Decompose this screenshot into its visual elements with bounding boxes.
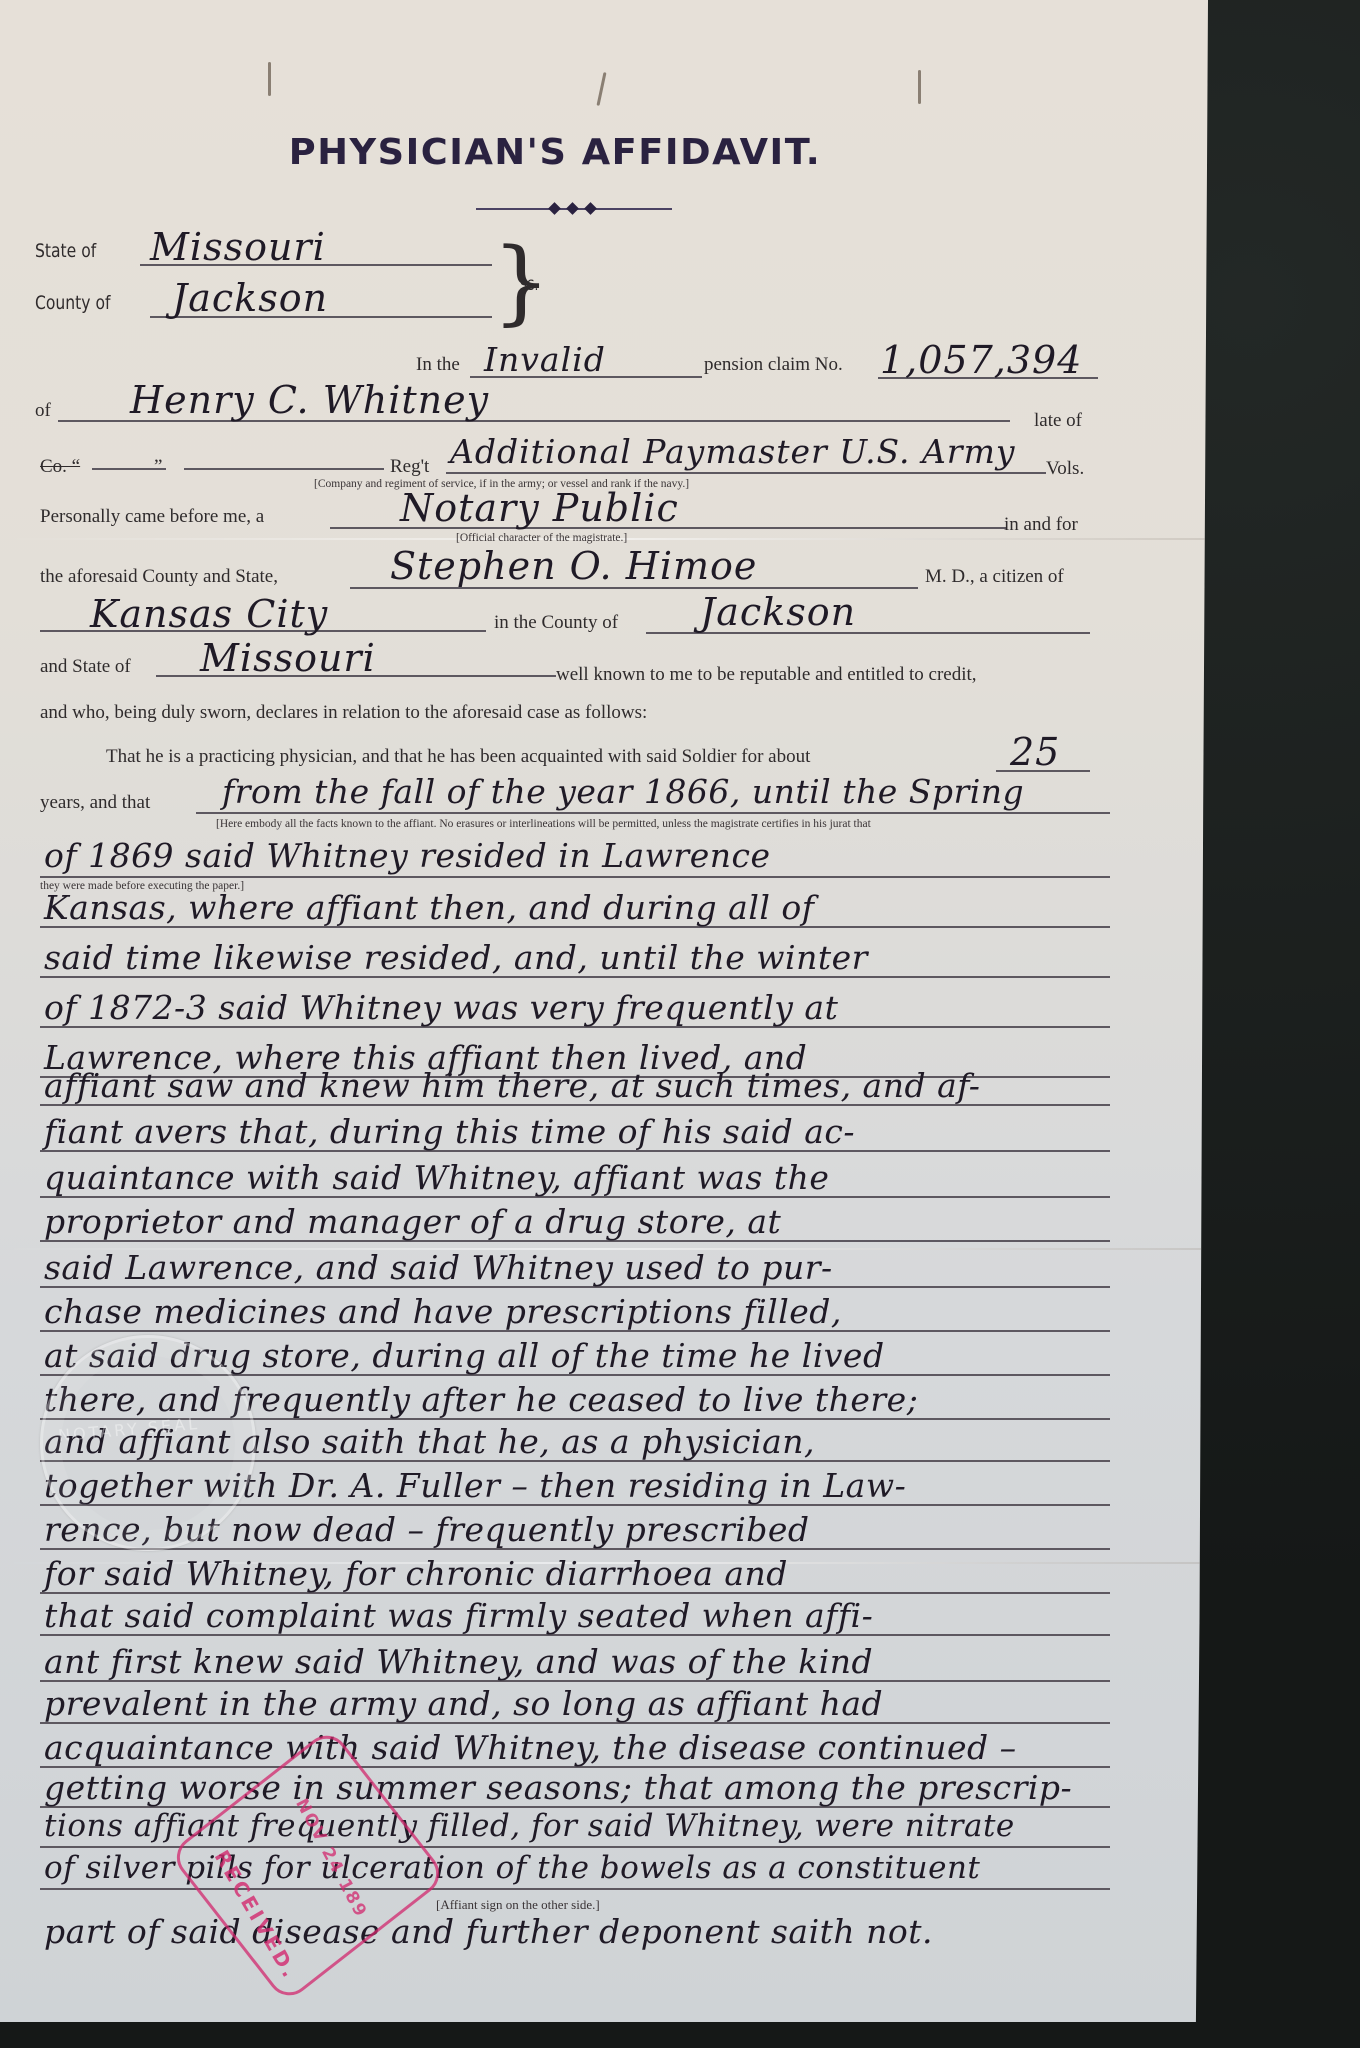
facts-note: [Here embody all the facts known to the … (216, 818, 871, 830)
claim-number: 1,057,394 (880, 338, 1082, 382)
of-label: of (35, 400, 51, 422)
md-citizen-label: M. D., a citizen of (925, 566, 1064, 588)
years-value: 25 (1010, 730, 1060, 774)
in-county-label: in the County of (494, 612, 618, 634)
pin-hole (918, 70, 921, 104)
before-me-label: Personally came before me, a (40, 506, 264, 528)
declaration-line: for said Whitney, for chronic diarrhoea … (44, 1554, 788, 1593)
declaration-line: Kansas, where affiant then, and during a… (44, 888, 815, 927)
regiment-label: Reg't (390, 456, 429, 478)
in-the-label: In the (416, 354, 460, 376)
state-value-2: Missouri (200, 636, 376, 680)
years-and-that-label: years, and that (40, 792, 150, 814)
county-state-label: the aforesaid County and State, (40, 566, 278, 588)
sworn-text: and who, being duly sworn, declares in r… (40, 702, 647, 724)
declaration-line: of 1869 said Whitney resided in Lawrence (44, 836, 771, 875)
declaration-line: acquaintance with said Whitney, the dise… (44, 1728, 1017, 1767)
declaration-line: quaintance with said Whitney, affiant wa… (44, 1158, 829, 1197)
county-value-2: Jackson (700, 590, 856, 634)
declaration-intro: That he is a practicing physician, and t… (106, 746, 810, 768)
declaration-line: affiant saw and knew him there, at such … (44, 1066, 980, 1105)
in-and-for-label: in and for (1004, 514, 1078, 536)
county-value: Jackson (172, 276, 328, 320)
character-note: [Official character of the magistrate.] (456, 532, 627, 544)
claim-type: Invalid (484, 340, 606, 379)
facts-rule-0 (196, 812, 1110, 814)
physician-name: Stephen O. Himoe (390, 544, 757, 588)
pension-claim-label: pension claim No. (704, 354, 843, 376)
declaration-line: of 1872-3 said Whitney was very frequent… (44, 988, 838, 1027)
declaration-line: said Lawrence, and said Whitney used to … (44, 1248, 833, 1287)
facts-rule-1 (40, 876, 1110, 878)
county-label: County of (35, 292, 110, 314)
declaration-line: prevalent in the army and, so long as af… (44, 1684, 883, 1723)
affiant-sign-note: [Affiant sign on the other side.] (436, 1897, 600, 1913)
declaration-line: that said complaint was firmly seated wh… (44, 1596, 873, 1635)
declaration-line: ant first knew said Whitney, and was of … (44, 1642, 873, 1681)
city-value: Kansas City (90, 592, 328, 636)
declaration-line: chase medicines and have prescriptions f… (44, 1292, 842, 1331)
company-name-rule (184, 468, 384, 470)
pin-hole (268, 62, 271, 96)
regiment-value: Additional Paymaster U.S. Army (450, 432, 1016, 471)
declaration-line: getting worse in summer seasons; that am… (44, 1768, 1072, 1807)
pin-hole (596, 72, 606, 106)
co-label: Co. “ (40, 456, 80, 478)
reputable-text: well known to me to be reputable and ent… (556, 664, 977, 686)
magistrate-character: Notary Public (400, 486, 679, 530)
page-title: PHYSICIAN'S AFFIDAVIT. (0, 132, 1121, 173)
regiment-rule (446, 472, 1046, 474)
declaration-line: fiant avers that, during this time of hi… (44, 1112, 855, 1151)
claimant-name: Henry C. Whitney (130, 378, 489, 422)
declaration-line: part of said disease and further deponen… (44, 1912, 933, 1951)
state-label: State of (35, 240, 96, 262)
declaration-line: said time likewise resided, and, until t… (44, 938, 868, 977)
declaration-line: proprietor and manager of a drug store, … (44, 1202, 781, 1241)
declaration-line: from the fall of the year 1866, until th… (222, 772, 1024, 811)
state-value: Missouri (150, 225, 326, 269)
and-state-label: and State of (40, 656, 131, 678)
ss-label: SS. (520, 278, 538, 294)
co-close-quote: ” (154, 456, 162, 478)
title-ornament (476, 204, 672, 214)
vols-label: Vols. (1046, 458, 1084, 480)
late-of-label: late of (1034, 410, 1082, 432)
